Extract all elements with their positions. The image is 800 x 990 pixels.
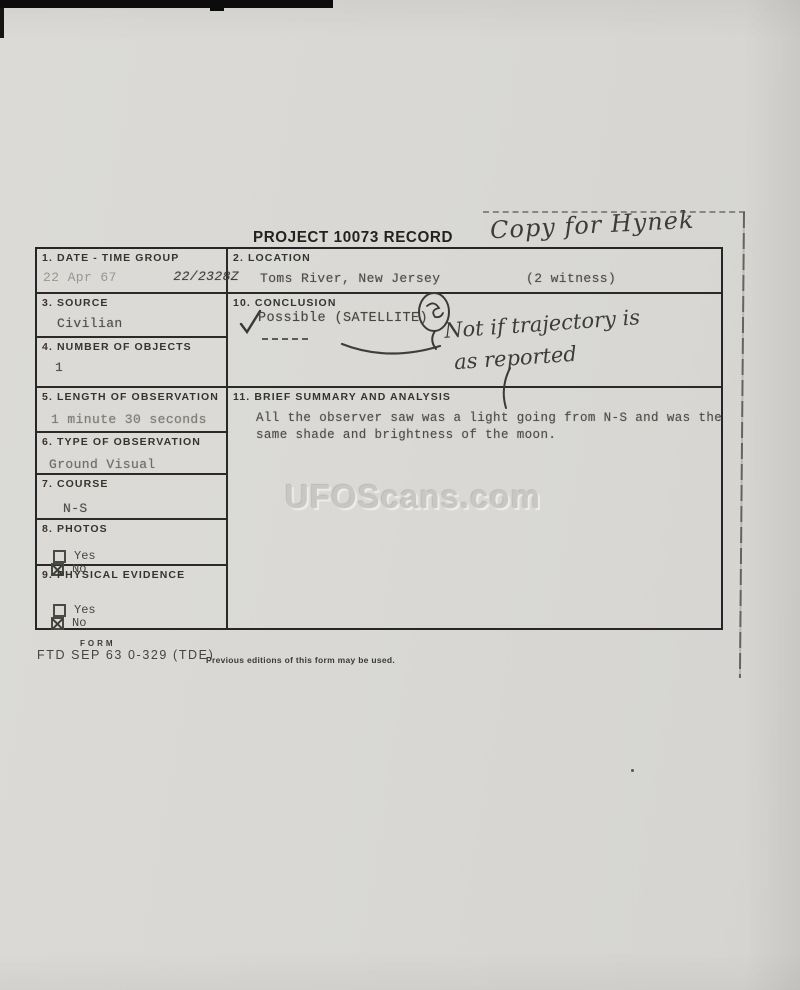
type-of-observation-value: Ground Visual <box>49 457 156 472</box>
summary-line2: same shade and brightness of the moon. <box>256 428 556 442</box>
field-label: 11. BRIEF SUMMARY AND ANALYSIS <box>233 391 716 403</box>
field-label: 8. PHOTOS <box>42 523 221 535</box>
source-value: Civilian <box>57 316 123 331</box>
footer-form-word: FORM <box>80 639 116 648</box>
scan-artifact-top-bar <box>0 0 333 8</box>
witness-count: (2 witness) <box>526 271 616 286</box>
physical-evidence-no-row: No <box>51 616 86 630</box>
photos-yes-row: Yes <box>53 549 96 563</box>
checkbox-checked-icon <box>51 617 64 630</box>
location-value: Toms River, New Jersey <box>260 271 440 286</box>
field-label: 7. COURSE <box>42 478 221 490</box>
yes-label: Yes <box>74 603 96 617</box>
field-length-of-observation: 5. LENGTH OF OBSERVATION 1 minute 30 sec… <box>37 388 226 433</box>
scan-artifact-dot <box>631 769 634 772</box>
checkbox-unchecked-icon <box>53 550 66 563</box>
physical-evidence-yes-row: Yes <box>53 603 96 617</box>
handwritten-conclusion-line1: Not if trajectory is <box>443 305 640 343</box>
field-photos: 8. PHOTOS Yes No <box>37 520 226 566</box>
field-location: 2. LOCATION Toms River, New Jersey (2 wi… <box>228 249 721 294</box>
scan-artifact-left-edge <box>0 8 4 38</box>
handwritten-underline <box>262 338 308 340</box>
field-source: 3. SOURCE Civilian <box>37 294 226 338</box>
scan-artifact-vertical-line <box>739 212 745 678</box>
form-left-column: 1. DATE - TIME GROUP 22 Apr 67 22/2328Z … <box>37 249 228 628</box>
field-label: 3. SOURCE <box>42 297 221 309</box>
conclusion-value: Possible (SATELLITE) <box>258 311 428 326</box>
field-label: 4. NUMBER OF OBJECTS <box>42 341 221 353</box>
footer-editions-note: Previous editions of this form may be us… <box>206 655 395 665</box>
handwritten-conclusion-line2: as reported <box>453 342 577 375</box>
summary-line1: All the observer saw was a light going f… <box>256 411 722 425</box>
field-type-of-observation: 6. TYPE OF OBSERVATION Ground Visual <box>37 433 226 475</box>
page-title: PROJECT 10073 RECORD <box>253 229 453 247</box>
no-label: No <box>72 616 86 630</box>
field-label: 1. DATE - TIME GROUP <box>42 252 221 264</box>
watermark: UFOScans.com <box>285 478 541 516</box>
number-of-objects-value: 1 <box>55 360 63 375</box>
field-label: 2. LOCATION <box>233 252 716 264</box>
field-label: 10. CONCLUSION <box>233 297 716 309</box>
course-value: N-S <box>63 501 88 516</box>
field-label: 9. PHYSICAL EVIDENCE <box>42 569 221 581</box>
footer-form-number: FTD SEP 63 0-329 (TDE) <box>37 648 214 662</box>
field-course: 7. COURSE N-S <box>37 475 226 520</box>
length-of-observation-value: 1 minute 30 seconds <box>51 412 207 427</box>
field-number-of-objects: 4. NUMBER OF OBJECTS 1 <box>37 338 226 388</box>
yes-label: Yes <box>74 549 96 563</box>
field-conclusion: 10. CONCLUSION Possible (SATELLITE) Not … <box>228 294 721 388</box>
field-label: 6. TYPE OF OBSERVATION <box>42 436 221 448</box>
field-date-time-group: 1. DATE - TIME GROUP 22 Apr 67 22/2328Z <box>37 249 226 294</box>
field-label: 5. LENGTH OF OBSERVATION <box>42 391 221 403</box>
handwritten-swoosh-stroke <box>340 338 444 360</box>
field-physical-evidence: 9. PHYSICAL EVIDENCE Yes No <box>37 566 226 628</box>
checkbox-unchecked-icon <box>53 604 66 617</box>
date-value: 22 Apr 67 <box>43 270 117 285</box>
form-right-column: 2. LOCATION Toms River, New Jersey (2 wi… <box>228 249 721 628</box>
record-form-table: 1. DATE - TIME GROUP 22 Apr 67 22/2328Z … <box>35 247 723 630</box>
scanned-document-page: PROJECT 10073 RECORD Copy for Hynek 1. D… <box>0 0 800 990</box>
